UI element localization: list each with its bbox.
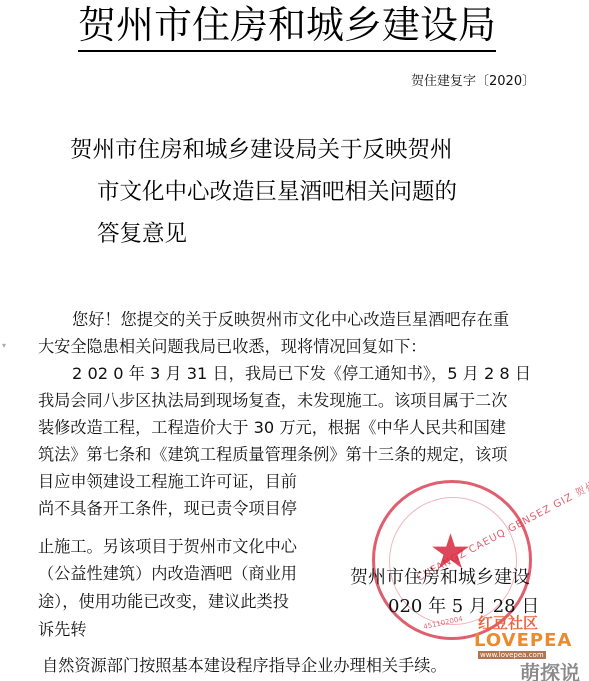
body-line: 尚不具备开工条件，现已责令项目停 (38, 499, 297, 519)
document-title-line-2: 市文化中心改造巨星酒吧相关问题的 (97, 179, 457, 205)
body-line: 自然资源部门按照基本建设程序指导企业办理相关手续。 (42, 656, 447, 676)
body-line: 大安全隐患相关问题我局已收悉，现将情况回复如下： (38, 337, 427, 357)
signature-org: 贺州市住房和城乡建设 (350, 563, 530, 589)
body-line: 2 02 0 年 3 月 31 日，我局已下发《停工通知书》，5 月 2 8 日 (72, 364, 531, 384)
body-line: 装修改造工程，工程造价大于 30 万元，根据《中华人民共和国建 (38, 418, 506, 438)
document-title-line-3: 答复意见 (97, 221, 187, 247)
body-line: 筑法》第七条和《建筑工程质量管理条例》第十三条的规定，该项 (38, 445, 507, 465)
document-number: 贺住建复字〔2020〕 (411, 70, 535, 89)
masthead-title: 贺州市住房和城乡建设局 (78, 2, 496, 52)
body-line: 途），使用功能已改变，建议此类投 (38, 592, 289, 612)
body-line: 您好！您提交的关于反映贺州市文化中心改造巨星酒吧存在重 (72, 310, 509, 330)
body-line: （公益性建筑）内改造酒吧（商业用 (38, 564, 297, 584)
body-line: 目应申领建设工程施工许可证，目前 (38, 472, 297, 492)
margin-marker-icon: ▾ (2, 341, 6, 350)
body-line: 诉先转 (38, 620, 87, 640)
watermark-logo: LOVEPEA (474, 630, 572, 651)
watermark-brand: 萌探说 (520, 657, 580, 681)
body-line: 我局会同八步区执法局到现场复查，未发现施工。该项目属于二次 (38, 391, 507, 411)
body-line: 止施工。另该项目于贺州市文化中心 (38, 537, 297, 557)
document-title-line-1: 贺州市住房和城乡建设局关于反映贺州 (70, 137, 453, 163)
